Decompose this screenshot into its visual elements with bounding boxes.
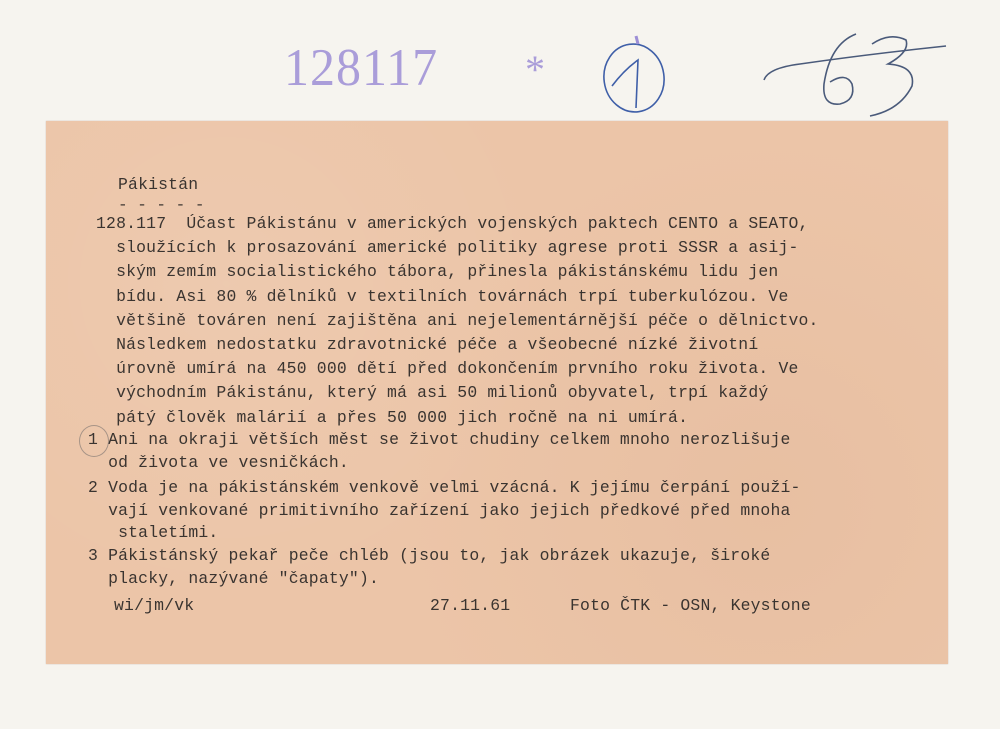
handwritten-circled-number (598, 30, 670, 126)
handwritten-page-number (760, 24, 950, 124)
note-line: 3 Pákistánský pekař peče chléb (jsou to,… (88, 546, 770, 566)
body-line: Následkem nedostatku zdravotnické péče a… (96, 335, 758, 355)
archive-stamp-number: 128117 (284, 37, 438, 98)
note-line: 1 Ani na okraji větších měst se život ch… (88, 430, 791, 450)
photo-credit: Foto ČTK - OSN, Keystone (570, 596, 811, 616)
heading-underline: - - - - - (118, 196, 204, 214)
body-line: ským zemím socialistického tábora, přine… (96, 262, 778, 282)
note-line: vají venkované primitivního zařízení jak… (88, 501, 791, 521)
caption-date: 27.11.61 (430, 596, 510, 616)
typist-initials: wi/jm/vk (114, 596, 194, 616)
body-line: bídu. Asi 80 % dělníků v textilních tová… (96, 287, 788, 307)
body-line: úrovně umírá na 450 000 dětí před dokonč… (96, 359, 799, 379)
card-heading: Pákistán (118, 175, 198, 195)
body-line: pátý člověk malárií a přes 50 000 jich r… (96, 408, 688, 428)
pencil-circle-mark (79, 425, 109, 457)
body-line: 128.117 Účast Pákistánu v amerických voj… (96, 214, 809, 234)
body-line: většině továren není zajištěna ani nejel… (96, 311, 819, 331)
body-line: východním Pákistánu, který má asi 50 mil… (96, 383, 768, 403)
note-line: staletími. (88, 523, 218, 543)
body-line: sloužících k prosazování americké politi… (96, 238, 799, 258)
note-line: od života ve vesničkách. (88, 453, 349, 473)
note-line: placky, nazývané "čapaty"). (88, 569, 379, 589)
note-line: 2 Voda je na pákistánském venkově velmi … (88, 478, 801, 498)
stamp-star-icon: * (525, 46, 545, 93)
